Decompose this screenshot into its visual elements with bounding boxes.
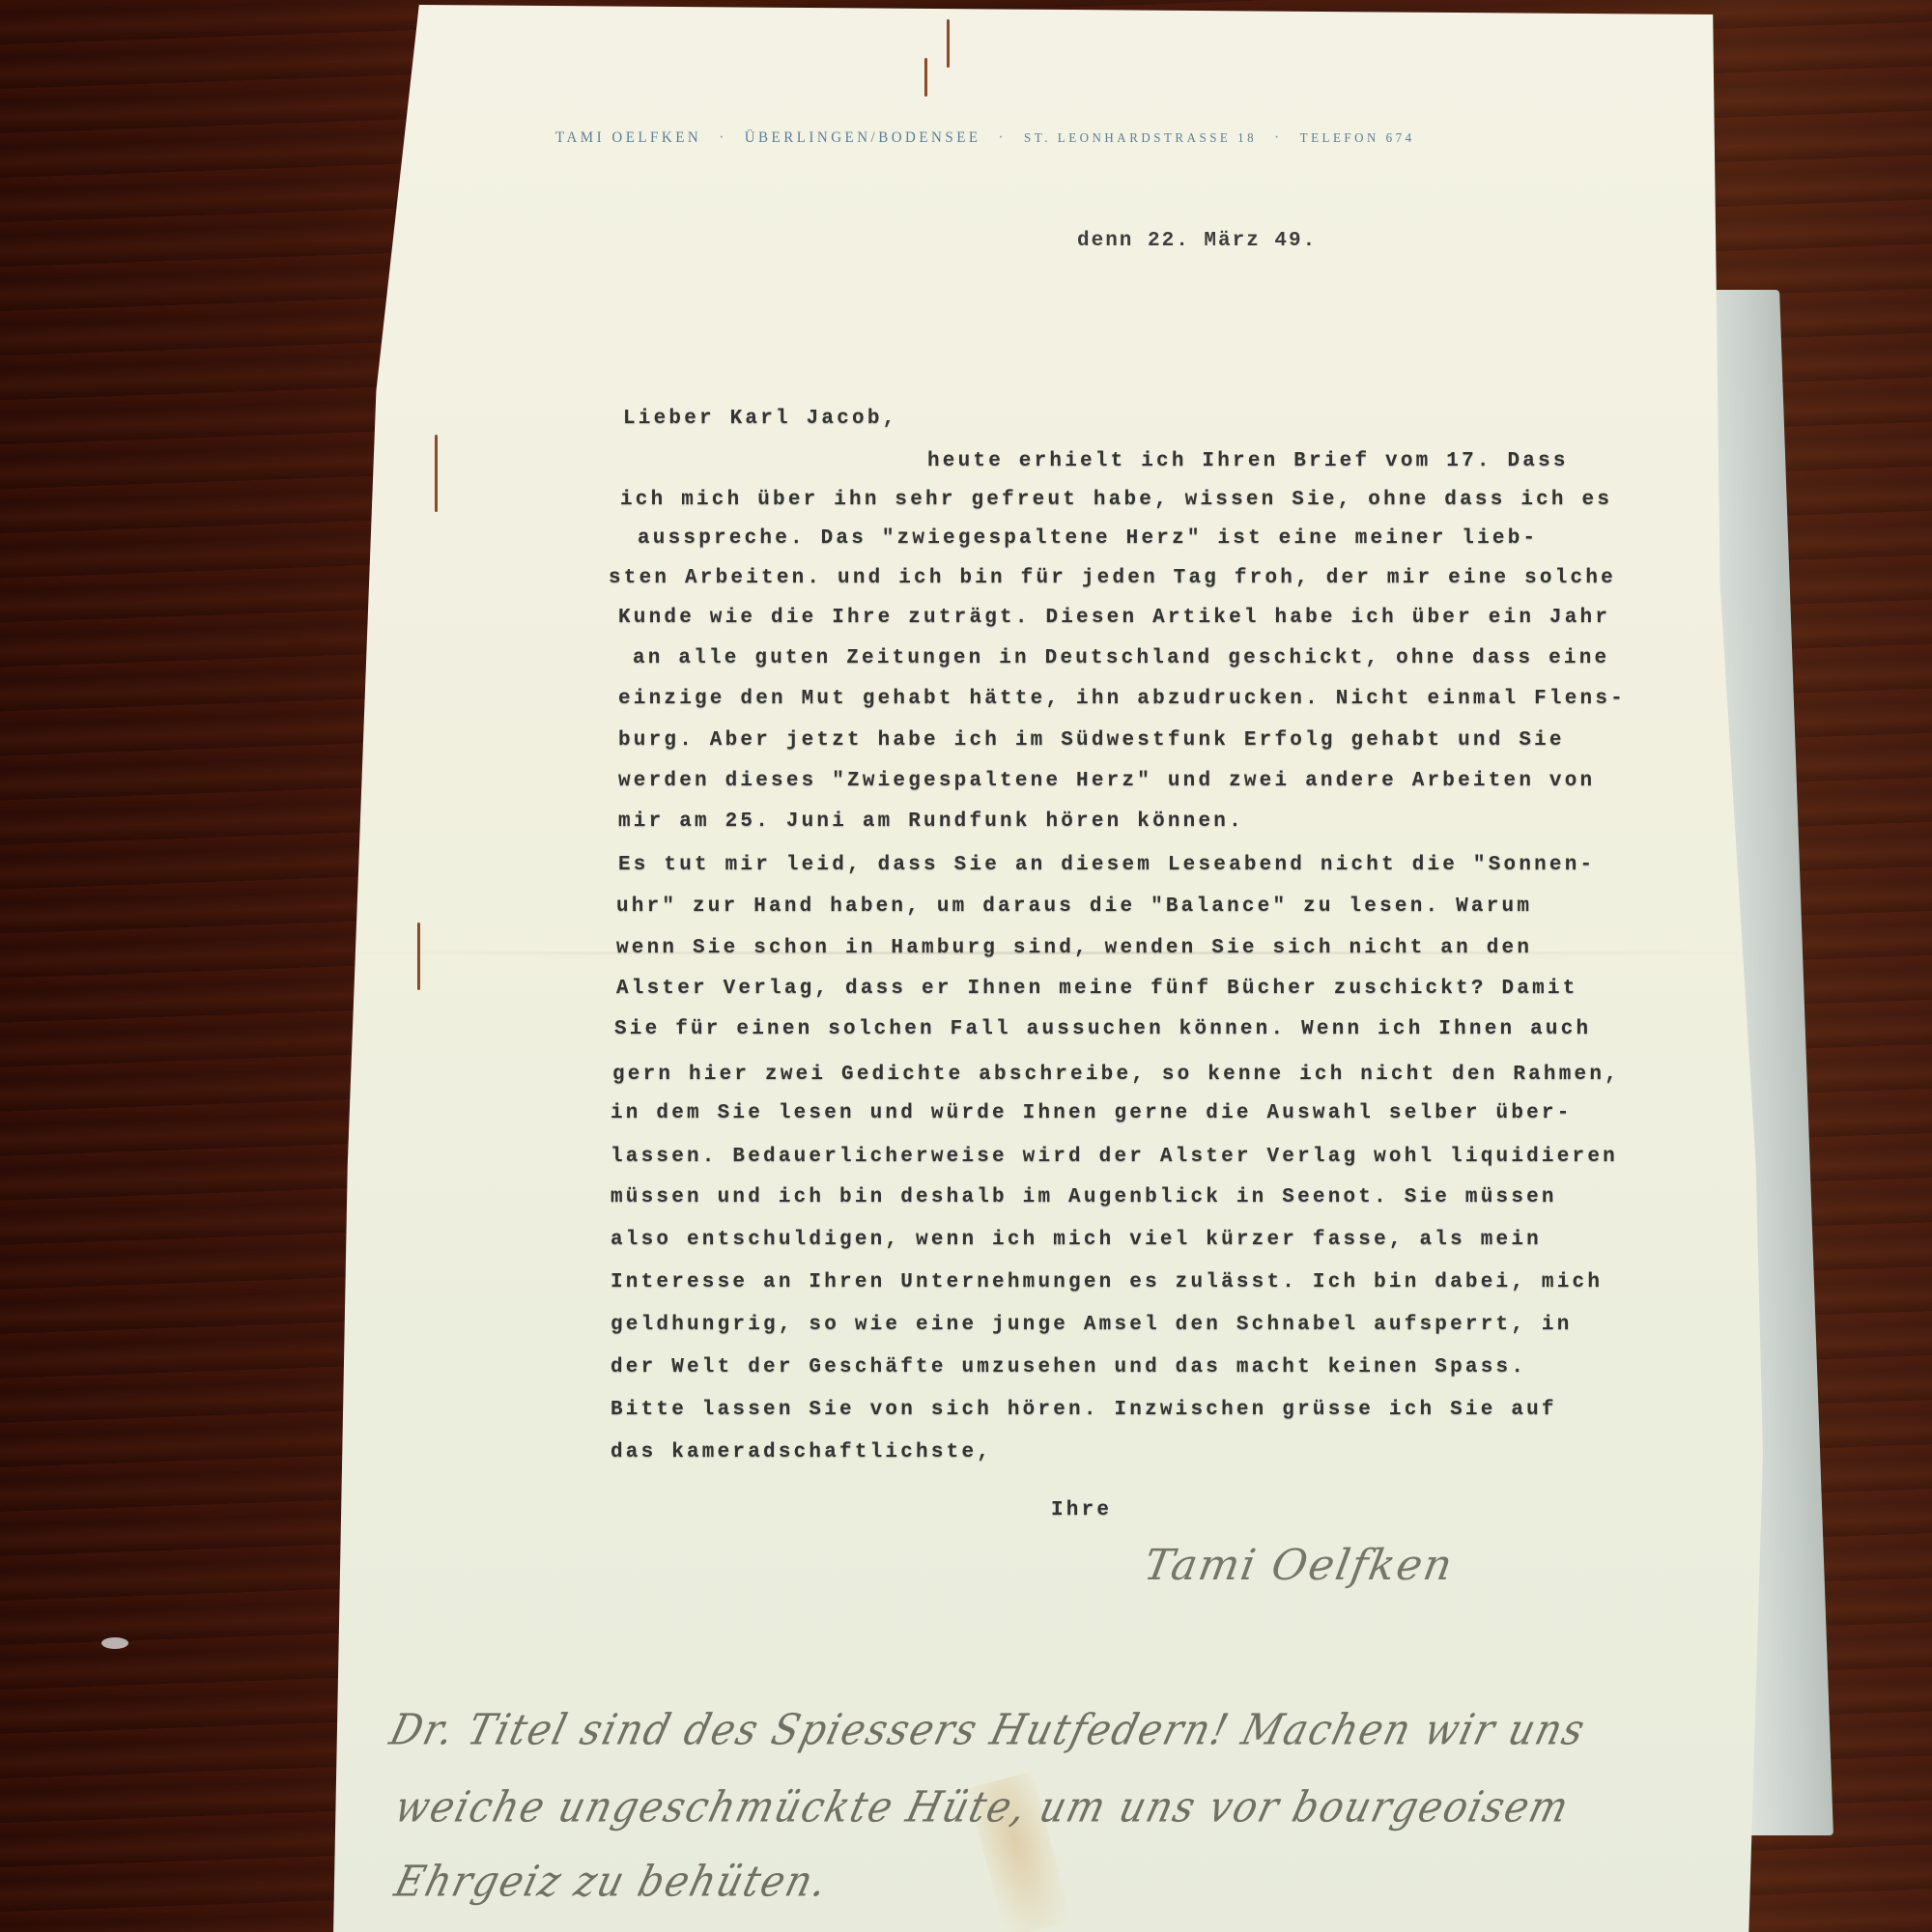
- body-line: mir am 25. Juni am Rundfunk hören können…: [618, 810, 1244, 833]
- punch-mark: [417, 923, 420, 990]
- body-line: burg. Aber jetzt habe ich im Südwestfunk…: [618, 729, 1565, 752]
- body-line: also entschuldigen, wenn ich mich viel k…: [611, 1229, 1542, 1251]
- body-line: uhr" zur Hand haben, um daraus die "Bala…: [616, 895, 1532, 918]
- postscript-line: Dr. Titel sind des Spiessers Hutfedern! …: [385, 1706, 1591, 1755]
- body-line: Sie für einen solchen Fall aussuchen kön…: [614, 1018, 1591, 1040]
- closing: Ihre: [1051, 1499, 1112, 1521]
- letter-page: [333, 5, 1763, 1932]
- table-glare: [101, 1637, 128, 1649]
- body-line: Bitte lassen Sie von sich hören. Inzwisc…: [611, 1399, 1557, 1421]
- postscript-line: weiche ungeschmückte Hüte, um uns vor bo…: [390, 1783, 1576, 1833]
- body-line: in dem Sie lesen und würde Ihnen gerne d…: [611, 1102, 1573, 1124]
- body-line: wenn Sie schon in Hamburg sind, wenden S…: [616, 937, 1532, 959]
- body-line: einzige den Mut gehabt hätte, ihn abzudr…: [618, 688, 1626, 710]
- staple-mark: [947, 19, 950, 68]
- body-line: ausspreche. Das "zwiegespaltene Herz" is…: [638, 527, 1538, 550]
- letterhead-name: TAMI OELFKEN: [555, 130, 701, 147]
- body-line: gern hier zwei Gedichte abschreibe, so k…: [612, 1064, 1620, 1086]
- staple-mark: [924, 58, 927, 97]
- letter-date: denn 22. März 49.: [1077, 230, 1317, 252]
- postscript-line: Ehrgeiz zu behüten.: [390, 1858, 834, 1907]
- body-line: der Welt der Geschäfte umzusehen und das…: [611, 1356, 1526, 1378]
- body-line: Alster Verlag, dass er Ihnen meine fünf …: [616, 978, 1578, 1000]
- salutation: Lieber Karl Jacob,: [623, 408, 897, 430]
- body-line: Interesse an Ihren Unternehmungen es zul…: [611, 1271, 1603, 1293]
- body-line: geldhungrig, so wie eine junge Amsel den…: [611, 1314, 1573, 1336]
- body-line: an alle guten Zeitungen in Deutschland g…: [633, 647, 1609, 669]
- handwritten-signature: Tami Oelfken: [1141, 1541, 1458, 1590]
- letterhead-street: ST. LEONHARDSTRASSE 18: [1024, 130, 1257, 146]
- punch-mark: [435, 435, 438, 512]
- body-line: Kunde wie die Ihre zuträgt. Diesen Artik…: [618, 607, 1610, 629]
- body-line: Es tut mir leid, dass Sie an diesem Lese…: [618, 854, 1595, 876]
- body-line: lassen. Bedauerlicherweise wird der Alst…: [611, 1146, 1618, 1168]
- letterhead: TAMI OELFKEN·ÜBERLINGEN/BODENSEE·ST. LEO…: [555, 130, 1415, 148]
- body-line: sten Arbeiten. und ich bin für jeden Tag…: [609, 567, 1616, 589]
- body-line: werden dieses "Zwiegespaltene Herz" und …: [618, 770, 1595, 792]
- letterhead-city: ÜBERLINGEN/BODENSEE: [745, 130, 981, 147]
- body-line: das kameradschaftlichste,: [611, 1441, 992, 1463]
- body-line: heute erhielt ich Ihren Brief vom 17. Da…: [927, 450, 1569, 472]
- body-line: ich mich über ihn sehr gefreut habe, wis…: [620, 489, 1612, 511]
- body-line: müssen und ich bin deshalb im Augenblick…: [611, 1186, 1557, 1208]
- letterhead-phone: TELEFON 674: [1300, 130, 1415, 146]
